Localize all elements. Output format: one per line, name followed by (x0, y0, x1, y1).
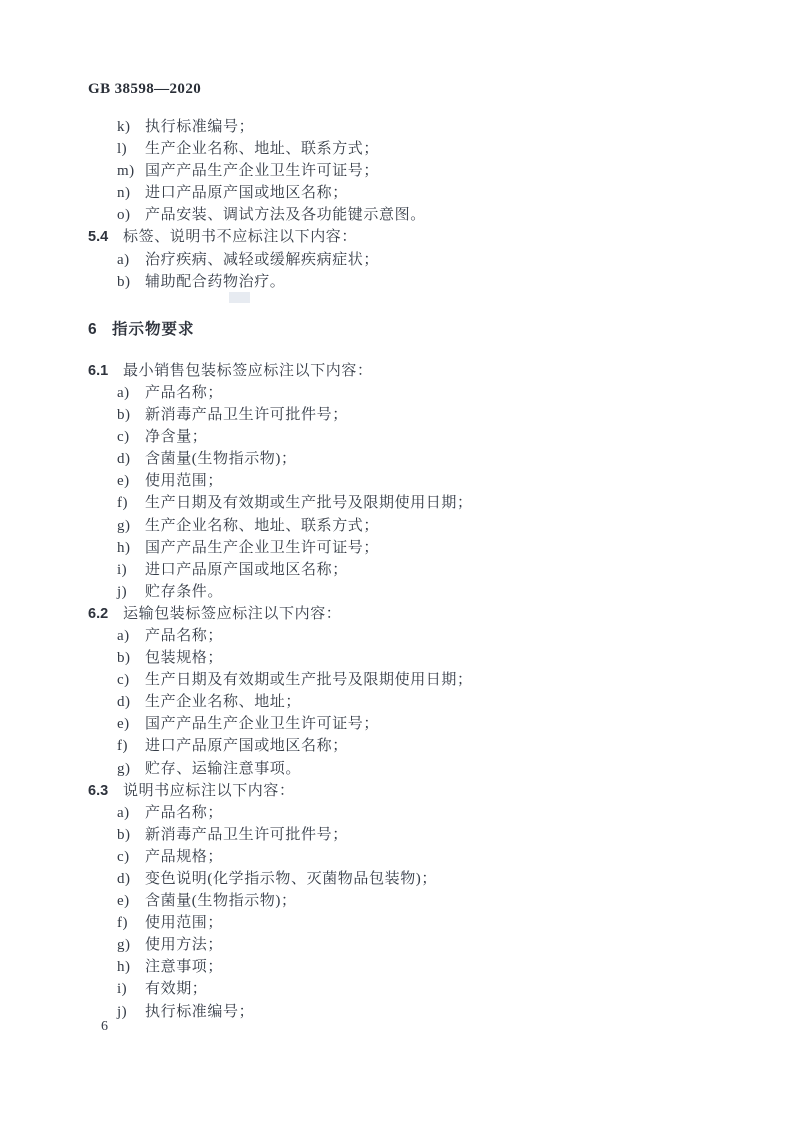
list-item-letter: n) (117, 182, 145, 204)
list-item-text: 产品名称； (145, 805, 223, 821)
list-item-text: 执行标准编号； (145, 1004, 254, 1020)
list-item-text: 产品名称； (145, 628, 223, 644)
list-item-text: 有效期； (145, 981, 207, 997)
section-heading-6-2: 6.2运输包装标签应标注以下内容： (88, 603, 728, 625)
list-item-letter: b) (117, 647, 145, 669)
list-item-text: 执行标准编号； (145, 119, 254, 135)
list-item-letter: g) (117, 758, 145, 780)
list-item-text: 使用方法； (145, 937, 223, 953)
list-item-letter: i) (117, 978, 145, 1000)
list-item-text: 变色说明(化学指示物、灭菌物品包装物)； (145, 871, 437, 887)
list-item-letter: f) (117, 735, 145, 757)
list-item: n)进口产品原产国或地区名称； (88, 182, 728, 204)
list-item-letter: b) (117, 271, 145, 293)
list-item: g)贮存、运输注意事项。 (88, 758, 728, 780)
list-item-letter: a) (117, 625, 145, 647)
list-item-letter: b) (117, 824, 145, 846)
list-item: i)有效期； (88, 978, 728, 1000)
list-item: l)生产企业名称、地址、联系方式； (88, 138, 728, 160)
section-6-2-list: a)产品名称； b)包装规格； c)生产日期及有效期或生产批号及限期使用日期； … (88, 625, 728, 780)
list-item-letter: g) (117, 515, 145, 537)
list-item-text: 进口产品原产国或地区名称； (145, 562, 348, 578)
list-item: e)使用范围； (88, 470, 728, 492)
list-item-text: 生产日期及有效期或生产批号及限期使用日期； (145, 495, 473, 511)
list-item: h)国产产品生产企业卫生许可证号； (88, 537, 728, 559)
section-number: 6.3 (88, 780, 123, 802)
list-item-letter: c) (117, 426, 145, 448)
section-title: 运输包装标签应标注以下内容： (123, 606, 341, 622)
list-item: k)执行标准编号； (88, 116, 728, 138)
list-item: b)新消毒产品卫生许可批件号； (88, 824, 728, 846)
list-item: m)国产产品生产企业卫生许可证号； (88, 160, 728, 182)
list-item-letter: j) (117, 581, 145, 603)
list-item-letter: m) (117, 160, 145, 182)
list-item: h)注意事项； (88, 956, 728, 978)
chapter-number: 6 (88, 319, 112, 341)
list-item-text: 国产产品生产企业卫生许可证号； (145, 163, 379, 179)
section-number: 5.4 (88, 226, 123, 248)
list-item-text: 生产企业名称、地址； (145, 694, 301, 710)
list-item-letter: o) (117, 204, 145, 226)
list-item-letter: l) (117, 138, 145, 160)
chapter-title: 指示物要求 (112, 321, 195, 338)
list-item-letter: b) (117, 404, 145, 426)
list-item: g)生产企业名称、地址、联系方式； (88, 515, 728, 537)
list-item-letter: c) (117, 846, 145, 868)
list-item: j)执行标准编号； (88, 1001, 728, 1023)
document-page: GB 38598—2020 k)执行标准编号； l)生产企业名称、地址、联系方式… (0, 0, 794, 1123)
list-item-letter: a) (117, 382, 145, 404)
section-title: 说明书应标注以下内容： (123, 783, 295, 799)
list-item-letter: g) (117, 934, 145, 956)
standard-code-header: GB 38598—2020 (88, 81, 201, 98)
chapter-heading-6: 6指示物要求 (88, 319, 728, 341)
section-title: 最小销售包装标签应标注以下内容： (123, 363, 373, 379)
scan-smudge-artifact (229, 292, 250, 303)
list-item-text: 贮存条件。 (145, 584, 223, 600)
list-item: f)使用范围； (88, 912, 728, 934)
section-5-4-list: a)治疗疾病、减轻或缓解疾病症状； b)辅助配合药物治疗。 (88, 249, 728, 293)
document-content: k)执行标准编号； l)生产企业名称、地址、联系方式； m)国产产品生产企业卫生… (88, 116, 728, 1023)
list-item: b)包装规格； (88, 647, 728, 669)
list-item: b)辅助配合药物治疗。 (88, 271, 728, 293)
list-item: a)产品名称； (88, 802, 728, 824)
list-item-letter: h) (117, 956, 145, 978)
list-item: c)生产日期及有效期或生产批号及限期使用日期； (88, 669, 728, 691)
list-item: a)产品名称； (88, 625, 728, 647)
list-item: e)国产产品生产企业卫生许可证号； (88, 713, 728, 735)
list-item: e)含菌量(生物指示物)； (88, 890, 728, 912)
list-item-text: 治疗疾病、减轻或缓解疾病症状； (145, 252, 379, 268)
list-item-text: 进口产品原产国或地区名称； (145, 738, 348, 754)
list-item-text: 生产日期及有效期或生产批号及限期使用日期； (145, 672, 473, 688)
list-item-letter: c) (117, 669, 145, 691)
list-item-text: 注意事项； (145, 959, 223, 975)
list-item-letter: e) (117, 713, 145, 735)
list-item-letter: a) (117, 802, 145, 824)
section-number: 6.1 (88, 360, 123, 382)
list-item-text: 含菌量(生物指示物)； (145, 451, 297, 467)
list-item-letter: f) (117, 912, 145, 934)
list-item-letter: a) (117, 249, 145, 271)
list-item-text: 新消毒产品卫生许可批件号； (145, 827, 348, 843)
list-item-text: 辅助配合药物治疗。 (145, 274, 285, 290)
list-item: a)产品名称； (88, 382, 728, 404)
list-item-text: 产品规格； (145, 849, 223, 865)
section-heading-6-1: 6.1最小销售包装标签应标注以下内容： (88, 360, 728, 382)
list-item-letter: h) (117, 537, 145, 559)
section-6-3-list: a)产品名称； b)新消毒产品卫生许可批件号； c)产品规格； d)变色说明(化… (88, 802, 728, 1023)
list-item-text: 产品名称； (145, 385, 223, 401)
list-item-text: 生产企业名称、地址、联系方式； (145, 518, 379, 534)
list-item-letter: k) (117, 116, 145, 138)
list-item-text: 包装规格； (145, 650, 223, 666)
list-item: d)含菌量(生物指示物)； (88, 448, 728, 470)
list-item: c)净含量； (88, 426, 728, 448)
list-item: j)贮存条件。 (88, 581, 728, 603)
list-item: b)新消毒产品卫生许可批件号； (88, 404, 728, 426)
list-item-letter: d) (117, 868, 145, 890)
list-item-text: 进口产品原产国或地区名称； (145, 185, 348, 201)
list-item-text: 生产企业名称、地址、联系方式； (145, 141, 379, 157)
list-item: g)使用方法； (88, 934, 728, 956)
list-item-letter: j) (117, 1001, 145, 1023)
page-number: 6 (101, 1019, 108, 1035)
list-item-text: 含菌量(生物指示物)； (145, 893, 297, 909)
section-title: 标签、说明书不应标注以下内容： (123, 229, 357, 245)
section-6-1-list: a)产品名称； b)新消毒产品卫生许可批件号； c)净含量； d)含菌量(生物指… (88, 382, 728, 603)
list-item: d)生产企业名称、地址； (88, 691, 728, 713)
list-item-text: 使用范围； (145, 915, 223, 931)
list-item-letter: e) (117, 470, 145, 492)
list-item-text: 净含量； (145, 429, 207, 445)
list-item-text: 贮存、运输注意事项。 (145, 761, 301, 777)
list-item: i)进口产品原产国或地区名称； (88, 559, 728, 581)
clause-list-continuation: k)执行标准编号； l)生产企业名称、地址、联系方式； m)国产产品生产企业卫生… (88, 116, 728, 226)
list-item-letter: f) (117, 492, 145, 514)
list-item-letter: d) (117, 691, 145, 713)
list-item-letter: e) (117, 890, 145, 912)
list-item-text: 使用范围； (145, 473, 223, 489)
list-item: d)变色说明(化学指示物、灭菌物品包装物)； (88, 868, 728, 890)
section-heading-5-4: 5.4标签、说明书不应标注以下内容： (88, 226, 728, 248)
list-item: c)产品规格； (88, 846, 728, 868)
list-item-text: 产品安装、调试方法及各功能键示意图。 (145, 207, 426, 223)
list-item: f)进口产品原产国或地区名称； (88, 735, 728, 757)
section-number: 6.2 (88, 603, 123, 625)
list-item-text: 国产产品生产企业卫生许可证号； (145, 540, 379, 556)
list-item-letter: i) (117, 559, 145, 581)
section-heading-6-3: 6.3说明书应标注以下内容： (88, 780, 728, 802)
list-item: f)生产日期及有效期或生产批号及限期使用日期； (88, 492, 728, 514)
list-item: o)产品安装、调试方法及各功能键示意图。 (88, 204, 728, 226)
list-item: a)治疗疾病、减轻或缓解疾病症状； (88, 249, 728, 271)
list-item-text: 国产产品生产企业卫生许可证号； (145, 716, 379, 732)
list-item-letter: d) (117, 448, 145, 470)
list-item-text: 新消毒产品卫生许可批件号； (145, 407, 348, 423)
